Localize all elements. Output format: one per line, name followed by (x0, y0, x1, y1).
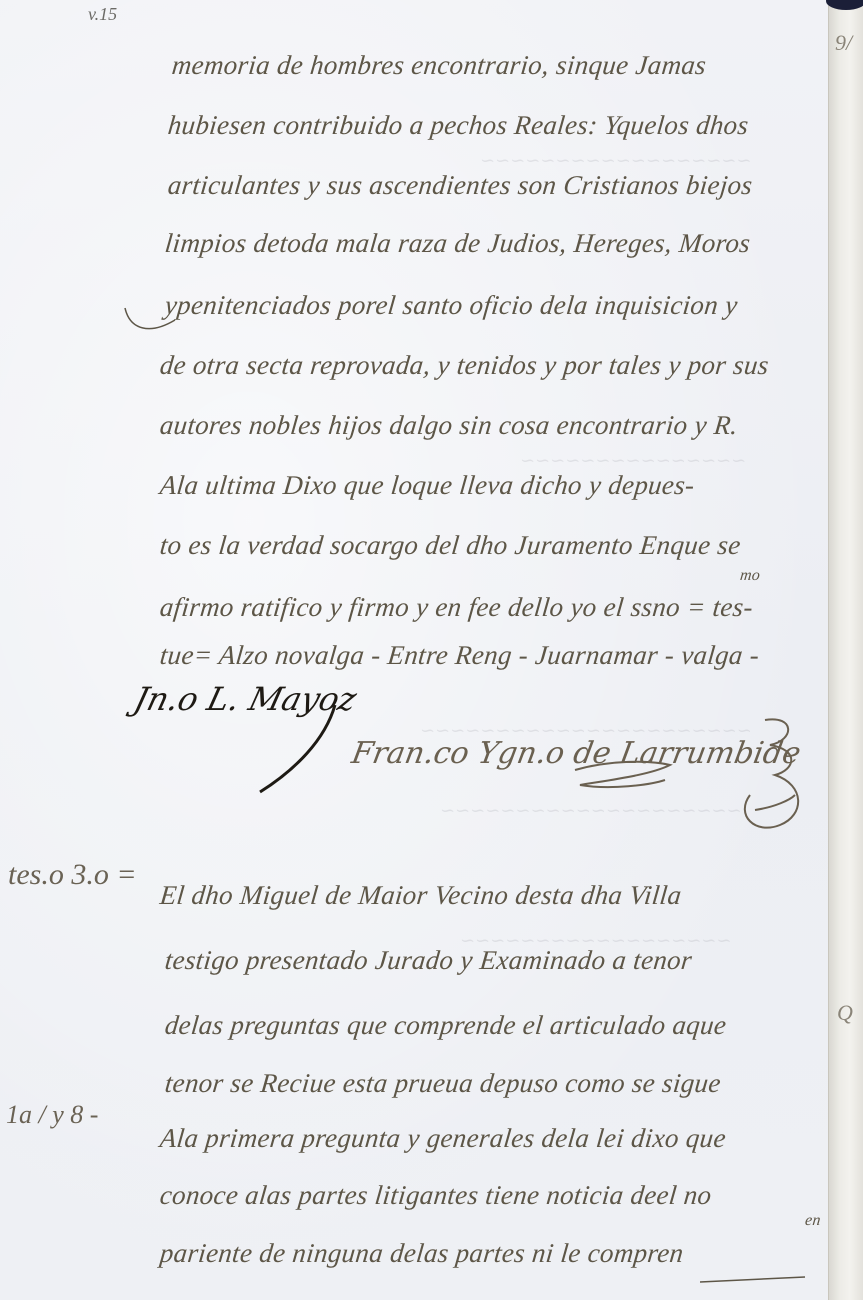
testimony-line-2: testigo presentado Jurado y Examinado a … (163, 945, 693, 976)
text-line-9: to es la verdad socargo del dho Jurament… (158, 530, 742, 561)
book-gutter: 9/ Q (828, 0, 863, 1300)
text-line-1: memoria de hombres encontrario, sinque J… (170, 50, 707, 81)
folio-number: v.15 (88, 4, 117, 25)
testimony-line-4: tenor se Reciue esta prueua depuso como … (163, 1068, 722, 1099)
text-line-10: afirmo ratifico y firmo y en fee dello y… (158, 592, 754, 623)
margin-question-ref: 1a / y 8 - (6, 1100, 98, 1130)
margin-witness-label: tes.o 3.o = (8, 858, 137, 892)
testimony-line-3: delas preguntas que comprende el articul… (163, 1010, 728, 1041)
underline-flourish-icon (570, 755, 680, 795)
text-line-4: limpios detoda mala raza de Judios, Here… (163, 228, 751, 259)
bracket-flourish-icon (120, 300, 180, 340)
text-line-5: ypenitenciados porel santo oficio dela i… (163, 290, 739, 321)
notary-rubric-icon (735, 715, 815, 845)
text-line-2: hubiesen contribuido a pechos Reales: Yq… (166, 110, 750, 141)
gutter-fragment: Q (837, 1000, 853, 1026)
text-line-3: articulantes y sus ascendientes son Cris… (166, 170, 754, 201)
bleed-through-text: ~~~~~~~~~~~~~~~~~~~~ (440, 800, 742, 821)
bleed-through-text: ~~~~~~~~~~~~~~~~~~ (480, 150, 751, 171)
testimony-line-7: pariente de ninguna delas partes ni le c… (158, 1238, 685, 1269)
bleed-through-text: ~~~~~~~~~~~~~~~ (520, 450, 746, 471)
signature-flourish-icon (255, 700, 345, 795)
text-line-11: tue= Alzo novalga - Entre Reng - Juarnam… (158, 640, 760, 671)
testimony-line-5: Ala primera pregunta y generales dela le… (158, 1123, 727, 1154)
superscript-en: en (804, 1212, 822, 1230)
text-line-7: autores nobles hijos dalgo sin cosa enco… (158, 410, 739, 441)
superscript-mo: mo (739, 567, 761, 585)
manuscript-page: ~~~~~~~~~~~~~~~~~~ ~~~~~~~~~~~~~~~ ~~~~~… (0, 0, 830, 1300)
text-line-6: de otra secta reprovada, y tenidos y por… (158, 350, 770, 381)
closing-line-icon (700, 1275, 810, 1285)
gutter-fragment: 9/ (835, 30, 852, 56)
text-line-8: Ala ultima Dixo que loque lleva dicho y … (158, 470, 696, 501)
testimony-line-1: El dho Miguel de Maior Vecino desta dha … (158, 880, 683, 911)
testimony-line-6: conoce alas partes litigantes tiene noti… (158, 1180, 713, 1211)
